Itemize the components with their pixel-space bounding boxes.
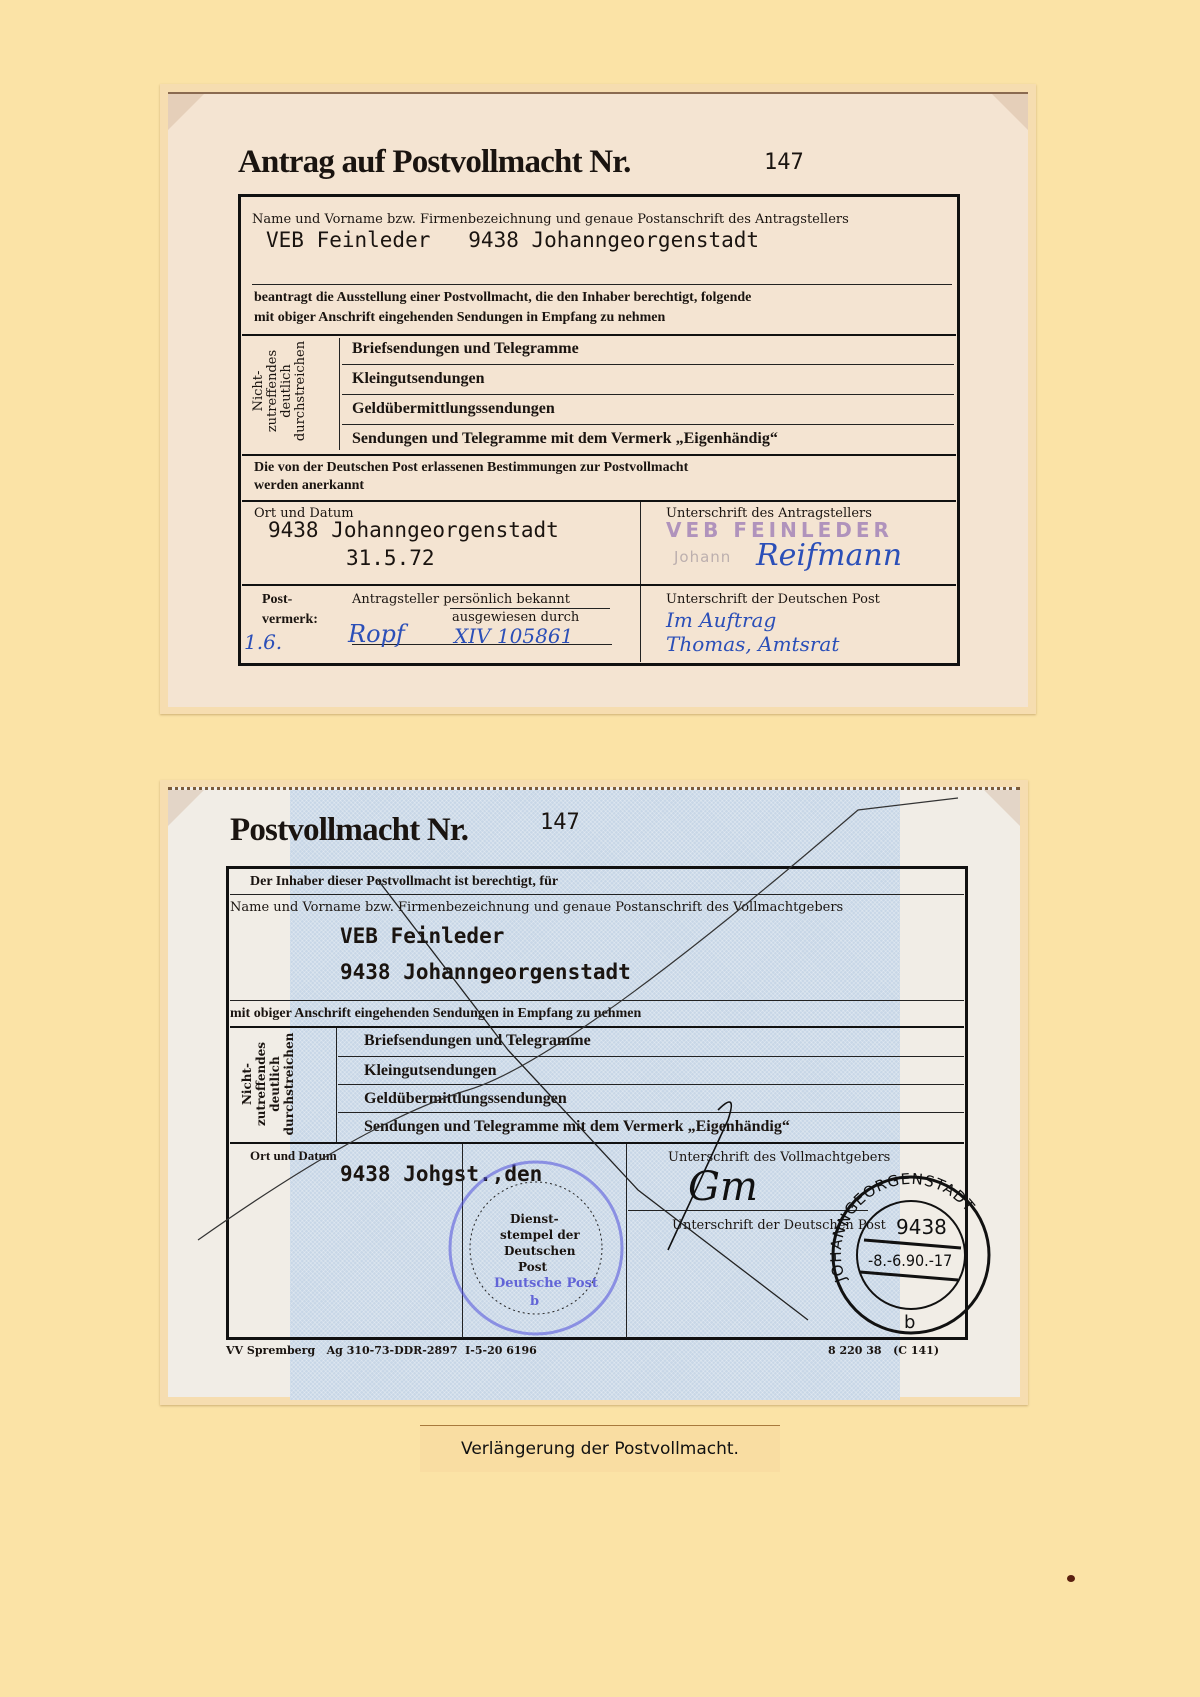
svg-text:b: b [904,1312,915,1333]
postmark-stamp: JOHANNGEORGENSTADT 9438 -8.-6.90.-17 b [826,1170,996,1340]
post-signature-line-2: Thomas, Amtsrat [666,632,839,656]
id-document-number: XIV 105861 [454,624,573,648]
acceptance-text-1: Die von der Deutschen Post erlassenen Be… [254,460,688,476]
photo-corner [168,94,204,130]
form-title: Antrag auf Postvollmacht Nr. [238,144,631,181]
photo-corner [992,94,1028,130]
applicant-signature: Reifmann [756,538,902,573]
clerk-signature: Ropf [348,620,405,648]
authorization-card: Postvollmacht Nr. 147 Der Inhaber dieser… [168,787,1020,1397]
post-signature-label: Unterschrift der Deutschen Post [666,592,880,607]
post-signature-line-1: Im Auftrag [666,608,776,632]
place-value: 9438 Johanngeorgenstadt [268,518,559,542]
ink-dot [1067,1575,1075,1582]
option-personal-delivery: Sendungen und Telegramme mit dem Vermerk… [352,430,778,448]
svg-text:-8.-6.90.-17: -8.-6.90.-17 [868,1251,952,1270]
option-letters: Briefsendungen und Telegramme [352,340,579,358]
footer-print-code: VV Spremberg Ag 310-73-DDR-2897 I-5-20 6… [226,1344,537,1357]
post-note-label-2: vermerk: [262,612,318,628]
footer-form-code: 8 220 38 (C 141) [828,1344,939,1357]
applicant-signature-label: Unterschrift des Antragstellers [666,506,872,521]
application-form-card: Antrag auf Postvollmacht Nr. 147 Name un… [168,92,1028,707]
identified-label: ausgewiesen durch [452,610,579,625]
known-label: Antragsteller persönlich bekannt [352,592,570,607]
option-money-transfer: Geldübermittlungssendungen [352,400,555,418]
svg-text:9438: 9438 [896,1215,947,1239]
form-number: 147 [764,150,804,175]
name-value: VEB Feinleder 9438 Johanngeorgenstadt [266,228,759,252]
acceptance-text-2: werden anerkannt [254,478,364,494]
applicant-stamp-town: Johann [674,548,731,566]
strike-note: Nicht- zutreffendes deutlich durchstreic… [252,336,308,446]
name-label: Name und Vorname bzw. Firmenbezeichnung … [252,212,849,227]
option-small-goods: Kleingutsendungen [352,370,484,388]
request-text-2: mit obiger Anschrift eingehenden Sendung… [254,310,665,326]
post-note-label-1: Post- [262,592,292,608]
request-text-1: beantragt die Ausstellung einer Postvoll… [254,290,751,306]
date-value: 31.5.72 [346,546,435,570]
post-note-hand: 1.6. [244,630,282,654]
caption: Verlängerung der Postvollmacht. [420,1425,780,1472]
